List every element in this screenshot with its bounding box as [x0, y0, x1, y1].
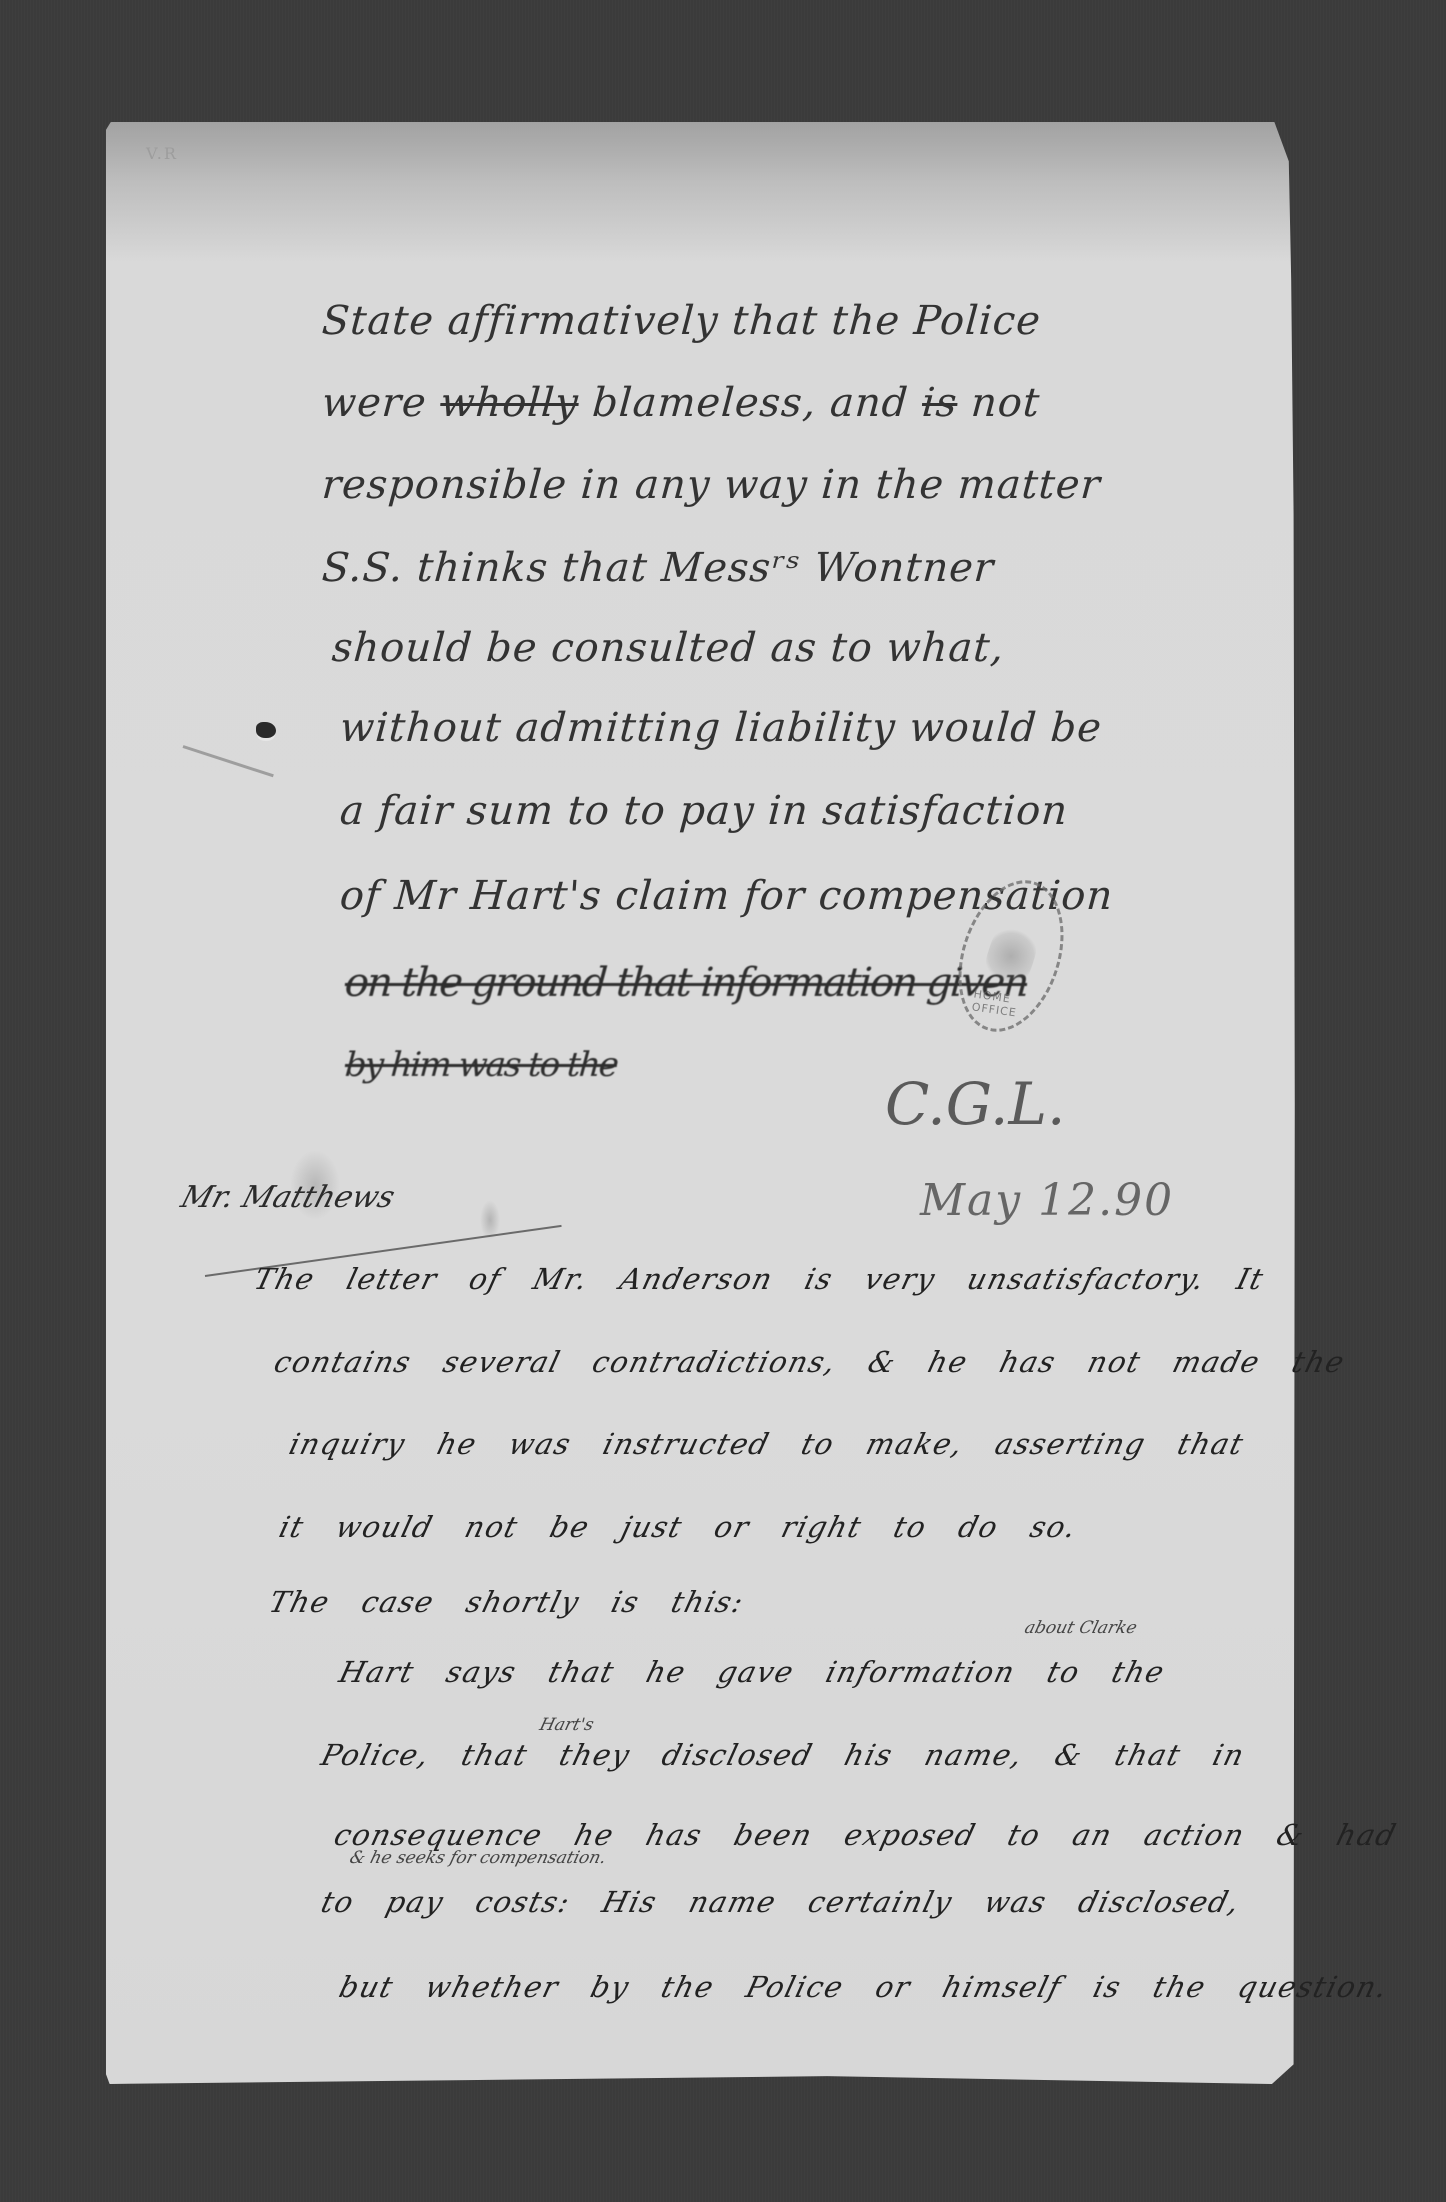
minute-line-10-struck: by him was to the: [344, 1045, 619, 1085]
minute-line-6: without admitting liability would be: [338, 705, 1103, 751]
minute-line-4: S.S. thinks that Messʳˢ Wontner: [320, 545, 995, 591]
para1-line-4: it would not be just or right to do so.: [276, 1510, 1081, 1544]
addressee: Mr. Matthews: [177, 1180, 399, 1215]
para2-line-4: to pay costs: His name certainly was dis…: [318, 1885, 1244, 1919]
struck-word: is: [921, 380, 960, 426]
insertion-harts: Hart's: [538, 1715, 596, 1735]
embossed-mark: V.R: [146, 144, 178, 163]
minute-line-2-text-a: were: [320, 380, 442, 426]
minute-line-2: were wholly blameless, and is not: [320, 380, 1041, 426]
stamp-crest-icon: [980, 920, 1042, 991]
minute-date: May 12.90: [920, 1175, 1174, 1226]
para1-line-1: The letter of Mr. Anderson is very unsat…: [251, 1262, 1268, 1296]
case-intro: The case shortly is this:: [266, 1585, 748, 1619]
insertion-seeks-compensation: & he seeks for compensation.: [348, 1848, 609, 1868]
para2-line-1: Hart says that he gave information to th…: [336, 1655, 1169, 1689]
minute-line-7: a fair sum to to pay in satisfaction: [338, 788, 1069, 834]
para2-line-5: but whether by the Police or himself is …: [336, 1970, 1392, 2004]
minute-line-1: State affirmatively that the Police: [320, 298, 1042, 344]
para1-line-3: inquiry he was instructed to make, asser…: [286, 1427, 1248, 1461]
stamp-text: HOME OFFICE: [971, 987, 1020, 1019]
minute-line-5: should be consulted as to what,: [330, 625, 1005, 671]
struck-word: wholly: [439, 380, 580, 426]
insertion-about-clarke: about Clarke: [1023, 1618, 1140, 1638]
minute-line-2-text-b: blameless, and is not: [577, 380, 1042, 426]
para1-line-2: contains several contradictions, & he ha…: [271, 1345, 1349, 1379]
minute-line-9-struck: on the ground that information given: [343, 960, 1028, 1006]
paper-hole: [256, 722, 276, 738]
para2-line-2: Police, that they disclosed his name, & …: [318, 1738, 1249, 1772]
para2-line-3: consequence he has been exposed to an ac…: [331, 1818, 1401, 1852]
page-top-shading: [106, 122, 1308, 262]
initials-signature: C.G.L.: [885, 1070, 1065, 1138]
minute-line-3: responsible in any way in the matter: [320, 462, 1102, 508]
